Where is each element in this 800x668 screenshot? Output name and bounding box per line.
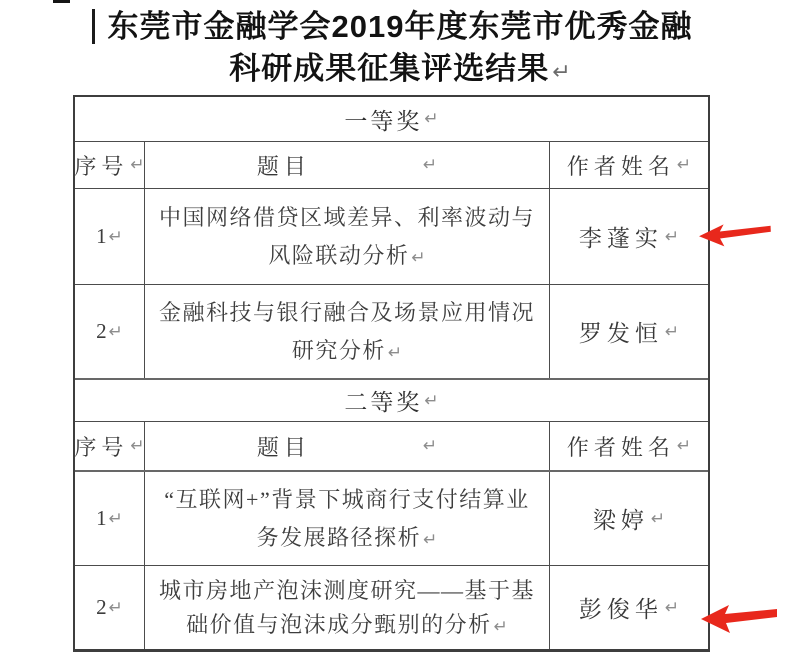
red-arrow-icon (699, 220, 772, 250)
serial-cell: 1↵ (75, 472, 145, 565)
header-cell-serial: 序号↵ (75, 142, 145, 188)
header-label-author: 作者姓名 (567, 150, 675, 181)
cell-end-mark-icon: ↵ (665, 322, 679, 342)
red-arrow-shape (701, 605, 777, 633)
award-row-first-prize: 一等奖↵ (75, 97, 708, 141)
title-line-text: 础价值与泡沫成分甄别的分析 (186, 612, 492, 637)
title-cell: 城市房地产泡沫测度研究——基于基 础价值与泡沫成分甄别的分析↵ (145, 566, 550, 649)
author-cell: 罗发恒↵ (550, 285, 708, 378)
header-cell-title: 题目↵ (145, 142, 550, 188)
title-line: 务发展路径探析↵ (257, 524, 438, 552)
title-line: 金融科技与银行融合及场景应用情况 (159, 299, 535, 327)
page-title-text-1: 东莞市金融学会2019年度东莞市优秀金融 (108, 9, 693, 44)
award-label: 二等奖 (344, 384, 422, 417)
author-name: 彭俊华 (579, 591, 663, 624)
header-label-serial: 序号 (74, 431, 128, 462)
cell-end-mark-icon: ↵ (109, 227, 123, 247)
cell-end-mark-icon: ↵ (388, 343, 402, 363)
cell-end-mark-icon: ↵ (423, 530, 437, 550)
author-cell: 梁婷↵ (550, 472, 708, 565)
serial-cell: 1↵ (75, 189, 145, 284)
cell-end-mark-icon: ↵ (423, 436, 437, 456)
cell-end-mark-icon: ↵ (130, 155, 144, 175)
title-line: 中国网络借贷区域差异、利率波动与 (159, 204, 535, 232)
cell-end-mark-icon: ↵ (423, 155, 437, 175)
header-label-serial: 序号 (74, 150, 128, 181)
cell-end-mark-icon: ↵ (424, 109, 438, 129)
header-row: 序号↵ 题目↵ 作者姓名↵ (75, 141, 708, 188)
serial-cell: 2↵ (75, 285, 145, 378)
title-line: “互联网+”背景下城商行支付结算业 (164, 486, 529, 514)
title-line: 研究分析↵ (292, 337, 402, 365)
award-cell: 二等奖↵ (75, 380, 708, 421)
cell-end-mark-icon: ↵ (130, 436, 144, 456)
paragraph-mark-icon: ↵ (552, 60, 570, 85)
cell-end-mark-icon: ↵ (665, 598, 679, 618)
cell-end-mark-icon: ↵ (109, 509, 123, 529)
page-title: 东莞市金融学会2019年度东莞市优秀金融 科研成果征集评选结果↵ (0, 6, 800, 94)
cell-end-mark-icon: ↵ (665, 227, 679, 247)
title-line-text: 务发展路径探析 (257, 525, 422, 550)
header-label-title: 题目 (257, 150, 311, 181)
header-row: 序号↵ 题目↵ 作者姓名↵ (75, 421, 708, 470)
serial-cell: 2↵ (75, 566, 145, 649)
author-name: 李蓬实 (579, 220, 663, 253)
page-title-line-2: 科研成果征集评选结果↵ (0, 48, 800, 94)
cell-end-mark-icon: ↵ (677, 436, 691, 456)
title-line: 风险联动分析↵ (268, 242, 425, 270)
title-cell: 中国网络借贷区域差异、利率波动与 风险联动分析↵ (145, 189, 550, 284)
table-row: 1↵ 中国网络借贷区域差异、利率波动与 风险联动分析↵ 李蓬实↵ (75, 188, 708, 284)
table-row: 2↵ 金融科技与银行融合及场景应用情况 研究分析↵ 罗发恒↵ (75, 284, 708, 378)
serial-text: 2 (96, 319, 107, 344)
header-cell-title: 题目↵ (145, 422, 550, 470)
header-label-author: 作者姓名 (567, 431, 675, 462)
title-line-text: 研究分析 (292, 338, 386, 363)
cell-end-mark-icon: ↵ (411, 248, 425, 268)
red-arrow-shape (699, 223, 772, 247)
page-title-text-2: 科研成果征集评选结果 (229, 51, 549, 86)
author-name: 罗发恒 (579, 315, 663, 348)
serial-text: 2 (96, 595, 107, 620)
cell-end-mark-icon: ↵ (677, 155, 691, 175)
cell-end-mark-icon: ↵ (109, 322, 123, 342)
title-cell: “互联网+”背景下城商行支付结算业 务发展路径探析↵ (145, 472, 550, 565)
cell-end-mark-icon: ↵ (651, 509, 665, 529)
header-cell-serial: 序号↵ (75, 422, 145, 470)
title-cell: 金融科技与银行融合及场景应用情况 研究分析↵ (145, 285, 550, 378)
award-row-second-prize: 二等奖↵ (75, 378, 708, 421)
red-arrow-icon (701, 601, 777, 637)
author-cell: 李蓬实↵ (550, 189, 708, 284)
header-cell-author: 作者姓名↵ (550, 142, 708, 188)
serial-text: 1 (96, 506, 107, 531)
title-line: 城市房地产泡沫测度研究——基于基 (159, 577, 535, 605)
table-row: 1↵ “互联网+”背景下城商行支付结算业 务发展路径探析↵ 梁婷↵ (75, 470, 708, 565)
cell-end-mark-icon: ↵ (494, 617, 508, 637)
author-name: 梁婷 (593, 502, 649, 535)
header-cell-author: 作者姓名↵ (550, 422, 708, 470)
title-line: 础价值与泡沫成分甄别的分析↵ (186, 611, 508, 639)
award-cell: 一等奖↵ (75, 97, 708, 141)
awards-table: 一等奖↵ 序号↵ 题目↵ 作者姓名↵ 1↵ 中国网络借贷区域差异、利率波动与 风… (73, 95, 710, 652)
author-cell: 彭俊华↵ (550, 566, 708, 649)
scan-artifact-dash (53, 0, 70, 3)
serial-text: 1 (96, 224, 107, 249)
cell-end-mark-icon: ↵ (109, 598, 123, 618)
page-title-line-1: 东莞市金融学会2019年度东莞市优秀金融 (0, 6, 800, 48)
table-row: 2↵ 城市房地产泡沫测度研究——基于基 础价值与泡沫成分甄别的分析↵ 彭俊华↵ (75, 565, 708, 649)
cell-end-mark-icon: ↵ (424, 391, 438, 411)
header-label-title: 题目 (257, 431, 311, 462)
award-label: 一等奖 (344, 103, 422, 136)
title-line-text: 风险联动分析 (268, 243, 409, 268)
